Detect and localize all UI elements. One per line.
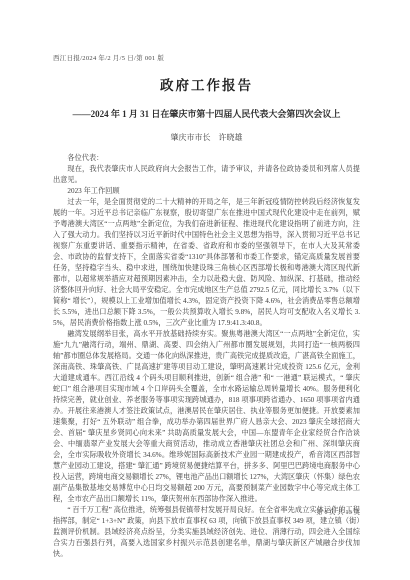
- paragraph-overview-2023: 过去一年，是全面贯彻党的二十大精神的开局之年，是三年新冠疫情防控转段后经济恢复发…: [53, 197, 360, 329]
- document-page: 西江日报/2024 年/2 月/5 日/第 001 版 政府工作报告 ——202…: [0, 0, 410, 580]
- byline: 肇庆市市长 许晓雄: [53, 132, 360, 143]
- paragraph-bay-area-integration: 融湾发展纲举目张，高水平开放基础持续夯实。聚焦粤港澳大湾区“一点两地”全新定位，…: [53, 329, 360, 505]
- paragraph-county-town-village-project: “ 百千万工程” 高位推进，统筹强县促镇带村发展开局良好。在全省率先成立实体运作…: [53, 505, 360, 560]
- intro-paragraph: 现在，我代表肇庆市人民政府向大会报告工作，请予审议，并请各位政协委员和列席人员提…: [53, 164, 360, 186]
- page-number: 第 1 页 共 13 页: [316, 507, 360, 516]
- salutation: 各位代表：: [53, 153, 360, 164]
- section-heading-2023-review: 2023 年工作回顾: [53, 186, 360, 197]
- masthead: 西江日报/2024 年/2 月/5 日/第 001 版: [53, 55, 360, 63]
- report-body: 各位代表： 现在，我代表肇庆市人民政府向大会报告工作，请予审议，并请各位政协委员…: [53, 153, 360, 560]
- report-title: 政府工作报告: [53, 74, 360, 94]
- report-subtitle: ——2024 年 1 月 31 日在肇庆市第十四届人民代表大会第四次会议上: [53, 107, 360, 120]
